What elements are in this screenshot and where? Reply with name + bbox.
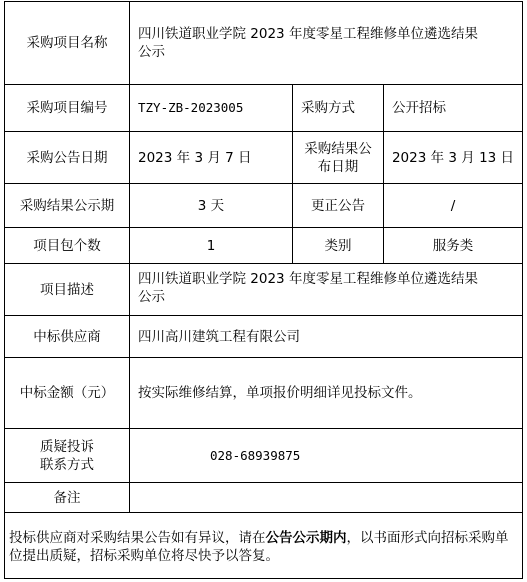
row-project-number: 采购项目编号 TZY-ZB-2023005 采购方式 公开招标	[5, 85, 523, 132]
result-publish-date-value: 2023 年 3 月 13 日	[384, 132, 523, 184]
remarks-label: 备注	[5, 483, 130, 513]
procurement-method-label: 采购方式	[293, 85, 384, 132]
procurement-method-value: 公开招标	[384, 85, 523, 132]
result-period-label: 采购结果公示期	[5, 184, 130, 228]
project-description-value: 四川铁道职业学院 2023 年度零星工程维修单位遴选结果公示	[130, 264, 523, 316]
category-label: 类别	[293, 228, 384, 264]
row-footer-notice: 投标供应商对采购结果公告如有异议，请在公告公示期内，以书面形式向招标采购单位提出…	[5, 513, 523, 579]
project-description-label: 项目描述	[5, 264, 130, 316]
complaint-contact-label-line2: 联系方式	[5, 456, 129, 474]
package-count-label: 项目包个数	[5, 228, 130, 264]
remarks-value	[130, 483, 523, 513]
complaint-contact-label: 质疑投诉 联系方式	[5, 429, 130, 483]
footer-text-before: 投标供应商对采购结果公告如有异议，请在	[9, 530, 266, 546]
result-publish-date-label: 采购结果公布日期	[293, 132, 384, 184]
category-value: 服务类	[384, 228, 523, 264]
footer-notice: 投标供应商对采购结果公告如有异议，请在公告公示期内，以书面形式向招标采购单位提出…	[5, 513, 523, 579]
row-project-name: 采购项目名称 四川铁道职业学院 2023 年度零星工程维修单位遴选结果公示	[5, 2, 523, 85]
complaint-contact-value: 028-68939875	[130, 429, 523, 483]
row-project-description: 项目描述 四川铁道职业学院 2023 年度零星工程维修单位遴选结果公示	[5, 264, 523, 316]
project-name-label: 采购项目名称	[5, 2, 130, 85]
project-number-label: 采购项目编号	[5, 85, 130, 132]
row-result-period: 采购结果公示期 3 天 更正公告 /	[5, 184, 523, 228]
correction-notice-label: 更正公告	[293, 184, 384, 228]
winning-amount-label: 中标金额（元）	[5, 358, 130, 429]
winning-supplier-value: 四川高川建筑工程有限公司	[130, 316, 523, 358]
row-remarks: 备注	[5, 483, 523, 513]
row-dates: 采购公告日期 2023 年 3 月 7 日 采购结果公布日期 2023 年 3 …	[5, 132, 523, 184]
complaint-contact-label-line1: 质疑投诉	[5, 438, 129, 456]
result-period-value: 3 天	[130, 184, 293, 228]
procurement-result-table: 采购项目名称 四川铁道职业学院 2023 年度零星工程维修单位遴选结果公示 采购…	[4, 1, 523, 579]
winning-supplier-label: 中标供应商	[5, 316, 130, 358]
project-name-value: 四川铁道职业学院 2023 年度零星工程维修单位遴选结果公示	[130, 2, 523, 85]
project-number-value: TZY-ZB-2023005	[130, 85, 293, 132]
announcement-date-value: 2023 年 3 月 7 日	[130, 132, 293, 184]
correction-notice-value: /	[384, 184, 523, 228]
announcement-date-label: 采购公告日期	[5, 132, 130, 184]
row-package-count: 项目包个数 1 类别 服务类	[5, 228, 523, 264]
package-count-value: 1	[130, 228, 293, 264]
footer-text-bold: 公告公示期内	[266, 530, 347, 546]
row-winning-supplier: 中标供应商 四川高川建筑工程有限公司	[5, 316, 523, 358]
winning-amount-value: 按实际维修结算，单项报价明细详见投标文件。	[130, 358, 523, 429]
row-complaint-contact: 质疑投诉 联系方式 028-68939875	[5, 429, 523, 483]
row-winning-amount: 中标金额（元） 按实际维修结算，单项报价明细详见投标文件。	[5, 358, 523, 429]
